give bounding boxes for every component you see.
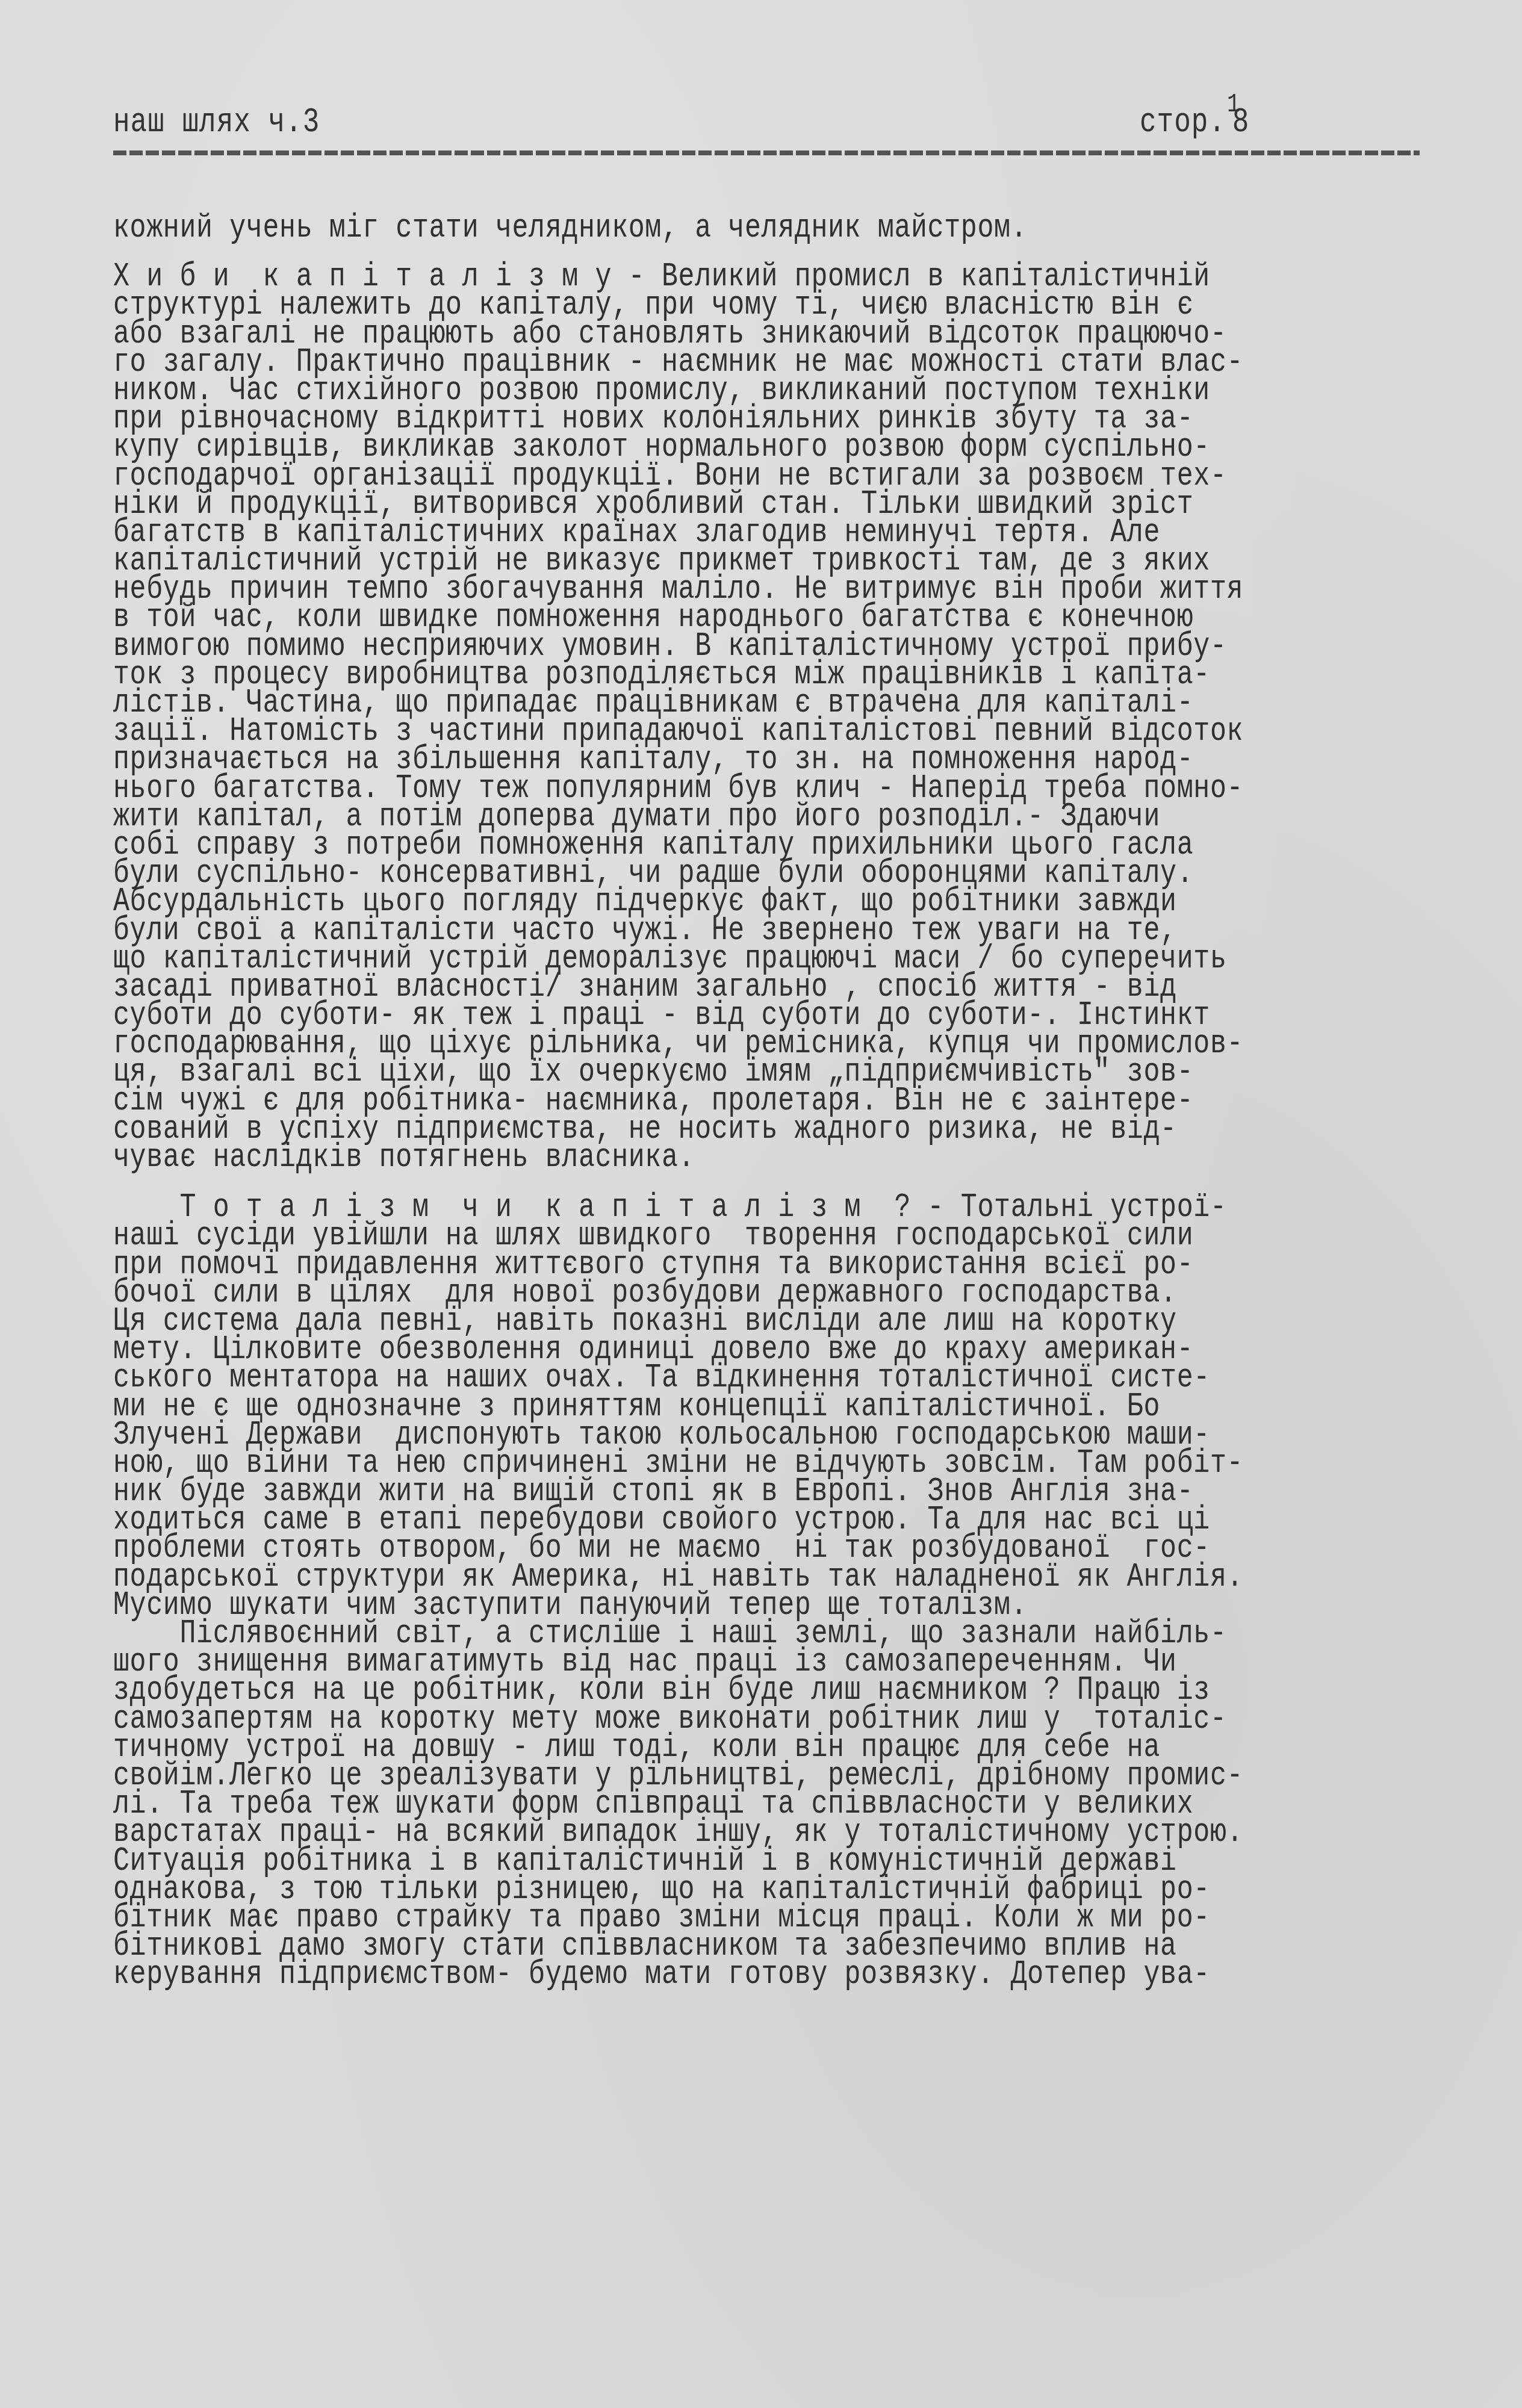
paragraph-pislyavoiennyi-svit: Післявоєнний світ, а стисліше і наші зем… [113,1619,1492,1988]
text-line: керування підприємством- будемо мати гот… [113,1957,1492,1992]
header-dashed-rule [113,150,1420,155]
document-body: кожний учень міг стати челядником, а чел… [113,214,1492,1988]
page-header: наш шлях ч.3 стор.18 [113,96,1420,144]
section-totalizm-chy-kapitalizm: Т о т а л і з м ч и к а п і т а л і з м … [113,1193,1492,1619]
typewritten-page: наш шлях ч.3 стор.18 кожний учень міг ст… [0,0,1522,2408]
text-line: кожний учень міг стати челядником, а чел… [113,211,1492,246]
publication-title: наш шлях ч.3 [113,102,320,141]
page-superscript: 1 [1227,89,1241,120]
paragraph-continuation: кожний учень міг стати челядником, а чел… [113,214,1492,242]
page-label: стор. [1140,102,1226,141]
page-number-label: стор.18 [1140,102,1249,141]
section-khyby-kapitalizmu: Х и б и к а п і т а л і з м у - Великий … [113,262,1492,1171]
text-line: чуває наслідків потягнень власника. [113,1140,1492,1175]
